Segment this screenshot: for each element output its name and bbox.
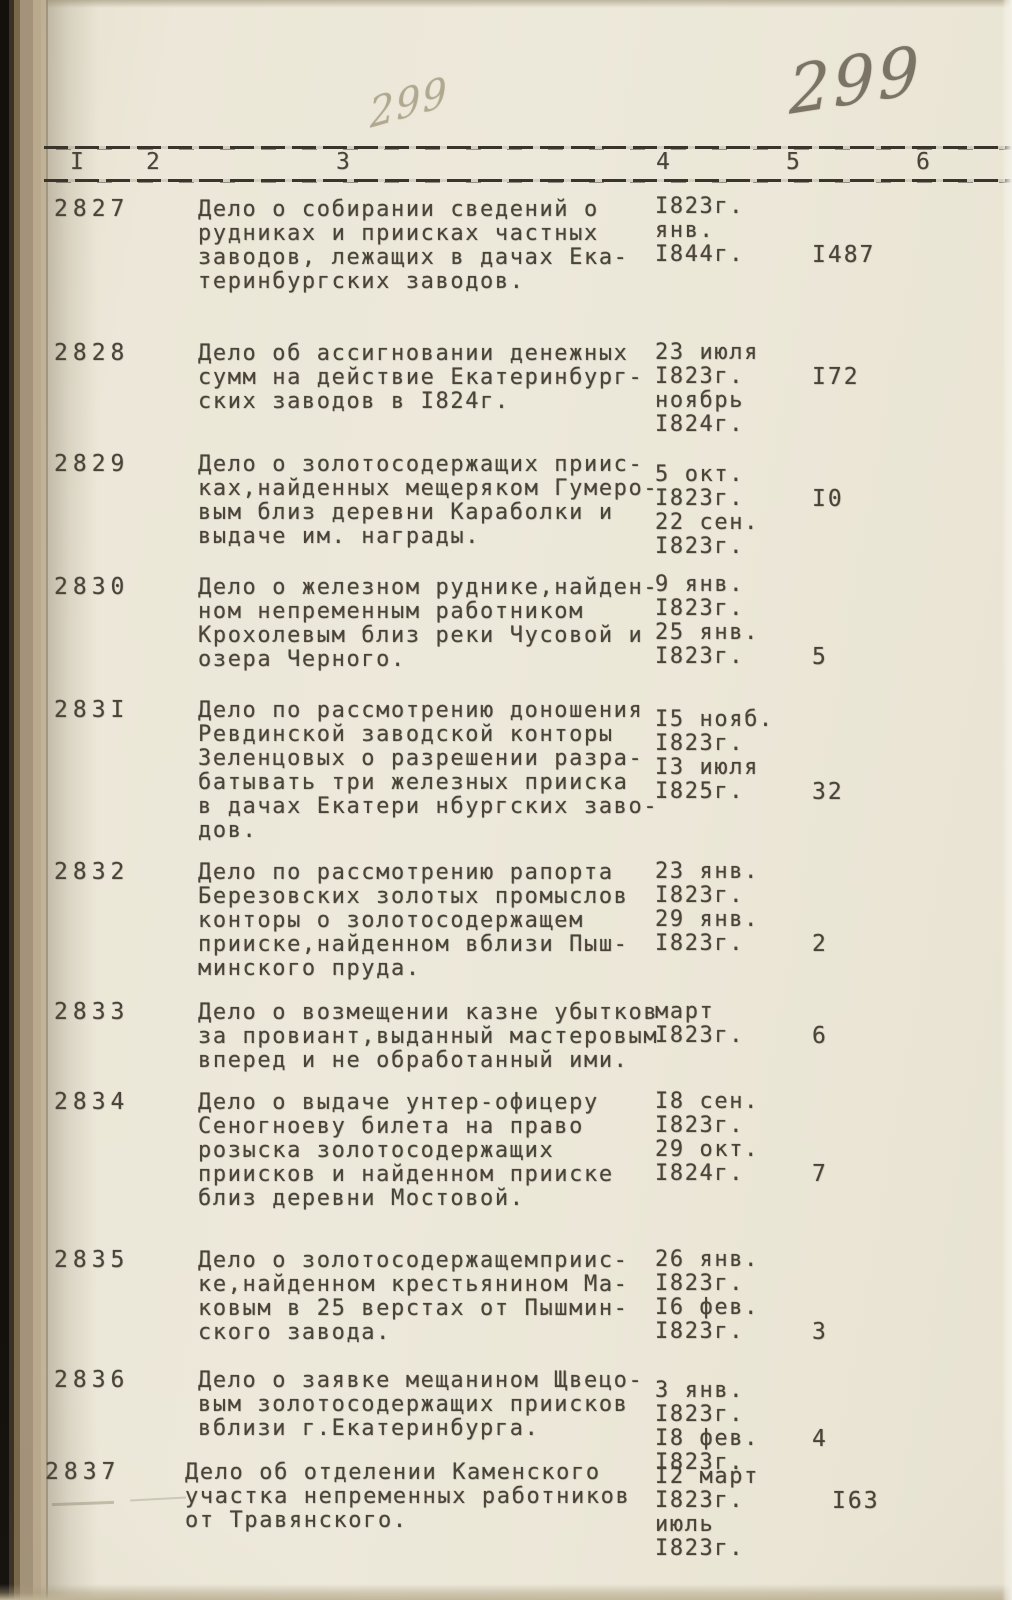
case-dates: 9 янв.I823г.25 янв.I823г.	[655, 573, 759, 669]
description-line: приисков и найденном прииске	[198, 1163, 614, 1187]
date-line: март	[655, 1000, 744, 1024]
case-dates: 5 окт.I823г.22 сен.I823г.	[655, 463, 759, 559]
sheet-count: 6	[812, 1024, 828, 1048]
sheet-count: 3	[812, 1320, 828, 1344]
date-line: 22 сен.	[655, 511, 759, 535]
case-description: Дело по рассмотрению доношенияРевдинской…	[198, 699, 658, 843]
case-dates: 23 июляI823г.ноябрьI824г.	[655, 341, 759, 437]
description-line: батывать три железных прииска	[198, 771, 658, 795]
case-description: Дело о железном руднике,найден-ном непре…	[198, 576, 658, 672]
description-line: близ деревни Мостовой.	[198, 1187, 614, 1211]
description-line: сумм на действие Екатеринбург-	[198, 366, 643, 390]
case-description: Дело о заявке мещанином Щвецо-вым золото…	[198, 1369, 643, 1441]
date-line: I5 нояб.	[655, 708, 774, 732]
sheet-count: 32	[812, 780, 844, 804]
date-line: ноябрь	[655, 389, 759, 413]
date-line: I823г.	[655, 597, 759, 621]
case-number: 2837	[45, 1460, 120, 1484]
date-line: 23 июля	[655, 341, 759, 365]
date-line: I823г.	[655, 1489, 759, 1513]
case-description: Дело о золотосодержащемприис-ке,найденно…	[198, 1249, 629, 1345]
description-line: розыска золотосодержащих	[198, 1139, 614, 1163]
date-line: I823г.	[655, 535, 759, 559]
case-number: 2827	[54, 197, 129, 221]
description-line: Дело о заявке мещанином Щвецо-	[198, 1369, 643, 1393]
date-line: 29 янв.	[655, 908, 759, 932]
date-line: I823г.	[655, 884, 759, 908]
case-description: Дело о золотосодержащих приис-ках,найден…	[198, 453, 658, 549]
description-line: ских заводов в I824г.	[198, 390, 643, 414]
description-line: вым золотосодержащих приисков	[198, 1393, 643, 1417]
description-line: Дело о собирании сведений о	[198, 198, 629, 222]
description-line: Сеногноеву билета на право	[198, 1115, 614, 1139]
date-line: I6 фев.	[655, 1296, 759, 1320]
date-line: I823г.	[655, 1537, 759, 1561]
case-dates: 3 янв.I823г.I8 фев.I823г.	[655, 1379, 759, 1475]
description-line: Дело о золотосодержащемприис-	[198, 1249, 629, 1273]
case-number: 2834	[54, 1090, 129, 1114]
date-line: I823г.	[655, 1024, 744, 1048]
date-line: I823г.	[655, 645, 759, 669]
case-number: 2829	[54, 452, 129, 476]
description-line: озера Черного.	[198, 648, 658, 672]
date-line: I823г.	[655, 1403, 759, 1427]
case-description: Дело о возмещении казне убытковза провиа…	[198, 1001, 658, 1073]
date-line: 23 янв.	[655, 860, 759, 884]
sheet-count: 5	[812, 645, 828, 669]
sheet-count: I72	[812, 365, 860, 389]
description-line: Дело о выдаче унтер-офицеру	[198, 1091, 614, 1115]
description-line: Дело об ассигновании денежных	[198, 342, 643, 366]
description-line: Дело об отделении Каменского	[185, 1461, 630, 1485]
description-line: вблизи г.Екатеринбурга.	[198, 1417, 643, 1441]
description-line: Зеленцовых о разрешении разра-	[198, 747, 658, 771]
date-line: I3 июля	[655, 756, 774, 780]
description-line: минского пруда.	[198, 957, 629, 981]
date-line: I823г.	[655, 1114, 759, 1138]
date-line: 26 янв.	[655, 1248, 759, 1272]
date-line: I823г.	[655, 487, 759, 511]
date-line: I823г.	[655, 732, 774, 756]
date-line: I2 март	[655, 1465, 759, 1489]
date-line: I8 сен.	[655, 1090, 759, 1114]
date-line: 29 окт.	[655, 1138, 759, 1162]
description-line: за провиант,выданный мастеровым	[198, 1025, 658, 1049]
description-line: вперед и не обработанный ими.	[198, 1049, 658, 1073]
description-line: Дело по рассмотрению доношения	[198, 699, 658, 723]
description-line: ке,найденном крестьянином Ма-	[198, 1273, 629, 1297]
description-line: выдаче им. награды.	[198, 525, 658, 549]
entries-list: 2827Дело о собирании сведений орудниках …	[0, 0, 1012, 1600]
case-number: 2832	[54, 860, 129, 884]
case-number: 2835	[54, 1248, 129, 1272]
sheet-count: 7	[812, 1162, 828, 1186]
description-line: Березовских золотых промыслов	[198, 885, 629, 909]
description-line: ского завода.	[198, 1321, 629, 1345]
description-line: вым близ деревни Караболки и	[198, 501, 658, 525]
description-line: конторы о золотосодержащем	[198, 909, 629, 933]
case-number: 2830	[54, 575, 129, 599]
date-line: I825г.	[655, 780, 774, 804]
description-line: ковым в 25 верстах от Пышмин-	[198, 1297, 629, 1321]
description-line: заводов, лежащих в дачах Ека-	[198, 246, 629, 270]
date-line: I823г.	[655, 365, 759, 389]
sheet-count: I487	[812, 243, 875, 267]
date-line: 25 янв.	[655, 621, 759, 645]
description-line: Крохолевым близ реки Чусовой и	[198, 624, 658, 648]
description-line: Дело о железном руднике,найден-	[198, 576, 658, 600]
sheet-count: I63	[832, 1489, 880, 1513]
date-line: 5 окт.	[655, 463, 759, 487]
date-line: I844г.	[655, 243, 744, 267]
description-line: рудниках и приисках частных	[198, 222, 629, 246]
date-line: I823г.	[655, 195, 744, 219]
description-line: Ревдинской заводской конторы	[198, 723, 658, 747]
description-line: от Травянского.	[185, 1509, 630, 1533]
case-dates: I2 мартI823г.июльI823г.	[655, 1465, 759, 1561]
date-line: янв.	[655, 219, 744, 243]
description-line: дов.	[198, 819, 658, 843]
description-line: ном непременным работником	[198, 600, 658, 624]
case-dates: 26 янв.I823г.I6 фев.I823г.	[655, 1248, 759, 1344]
description-line: в дачах Екатери нбургских заво-	[198, 795, 658, 819]
date-line: 3 янв.	[655, 1379, 759, 1403]
case-dates: I8 сен.I823г.29 окт.I824г.	[655, 1090, 759, 1186]
description-line: Дело по рассмотрению рапорта	[198, 861, 629, 885]
case-description: Дело о выдаче унтер-офицеруСеногноеву би…	[198, 1091, 614, 1211]
date-line: I823г.	[655, 1272, 759, 1296]
case-description: Дело об отделении Каменскогоучастка непр…	[185, 1461, 630, 1533]
sheet-count: I0	[812, 487, 844, 511]
date-line: I823г.	[655, 1320, 759, 1344]
description-line: Дело о возмещении казне убытков	[198, 1001, 658, 1025]
scanned-page: 299 299 I 2 3 4 5 6 2827Дело о собирании…	[0, 0, 1012, 1600]
case-description: Дело об ассигновании денежныхсумм на дей…	[198, 342, 643, 414]
description-line: участка непременных работников	[185, 1485, 630, 1509]
case-number: 2828	[54, 341, 129, 365]
case-dates: 23 янв.I823г.29 янв.I823г.	[655, 860, 759, 956]
case-dates: I823г.янв.I844г.	[655, 195, 744, 267]
description-line: прииске,найденном вблизи Пыш-	[198, 933, 629, 957]
date-line: I823г.	[655, 932, 759, 956]
case-description: Дело по рассмотрению рапортаБерезовских …	[198, 861, 629, 981]
date-line: I824г.	[655, 413, 759, 437]
sheet-count: 4	[812, 1427, 828, 1451]
case-number: 2836	[54, 1368, 129, 1392]
sheet-count: 2	[812, 932, 828, 956]
case-dates: I5 нояб.I823г.I3 июляI825г.	[655, 708, 774, 804]
date-line: июль	[655, 1513, 759, 1537]
case-number: 2833	[54, 1000, 129, 1024]
date-line: 9 янв.	[655, 573, 759, 597]
description-line: ках,найденных мещеряком Гумеро-	[198, 477, 658, 501]
date-line: I8 фев.	[655, 1427, 759, 1451]
case-number: 283I	[54, 698, 129, 722]
case-description: Дело о собирании сведений орудниках и пр…	[198, 198, 629, 294]
description-line: Дело о золотосодержащих приис-	[198, 453, 658, 477]
case-dates: мартI823г.	[655, 1000, 744, 1048]
date-line: I824г.	[655, 1162, 759, 1186]
description-line: теринбургских заводов.	[198, 270, 629, 294]
